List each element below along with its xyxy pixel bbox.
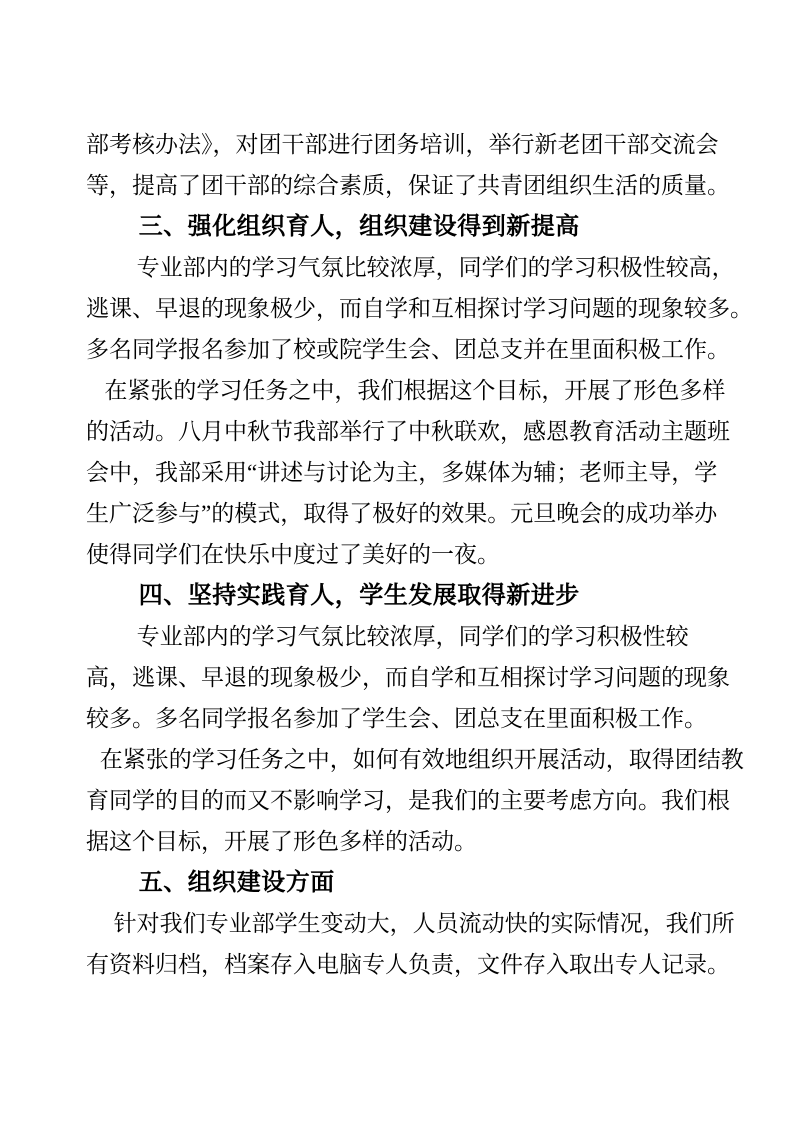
section-heading: 三、强化组织育人，组织建设得到新提高 [86,206,754,247]
body-line: 部考核办法》，对团干部进行团务培训，举行新老团干部交流会 [86,124,754,165]
body-line: 的活动。八月中秋节我部举行了中秋联欢，感恩教育活动主题班 [86,411,754,452]
body-line: 育同学的目的而又不影响学习，是我们的主要考虑方向。我们根 [86,780,754,821]
body-paragraph: 部考核办法》，对团干部进行团务培训，举行新老团干部交流会等，提高了团干部的综合素… [86,124,754,206]
heading-text: 三、强化组织育人，组织建设得到新提高 [86,206,754,247]
body-line: 较多。多名同学报名参加了学生会、团总支在里面积极工作。 [86,698,754,739]
body-line: 高，逃课、早退的现象极少，而自学和互相探讨学习问题的现象 [86,657,754,698]
section-heading: 四、坚持实践育人，学生发展取得新进步 [86,575,754,616]
body-paragraph: 专业部内的学习气氛比较浓厚，同学们的学习积极性较高，逃课、早退的现象极少，而自学… [86,616,754,739]
heading-text: 五、组织建设方面 [86,862,754,903]
body-paragraph: 在紧张的学习任务之中，如何有效地组织开展活动，取得团结教育同学的目的而又不影响学… [86,739,754,862]
body-paragraph: 针对我们专业部学生变动大，人员流动快的实际情况，我们所有资料归档，档案存入电脑专… [86,903,754,985]
section-heading: 五、组织建设方面 [86,862,754,903]
body-line: 专业部内的学习气氛比较浓厚，同学们的学习积极性较 [86,616,754,657]
body-line: 生广泛参与”的模式，取得了极好的效果。元旦晚会的成功举办 [86,493,754,534]
body-line: 在紧张的学习任务之中，如何有效地组织开展活动，取得团结教 [86,739,754,780]
body-line: 在紧张的学习任务之中，我们根据这个目标，开展了形色多样 [86,370,754,411]
body-line: 有资料归档，档案存入电脑专人负责，文件存入取出专人记录。 [86,944,754,985]
body-line: 针对我们专业部学生变动大，人员流动快的实际情况，我们所 [86,903,754,944]
body-line: 逃课、早退的现象极少，而自学和互相探讨学习问题的现象较多。 [86,288,754,329]
document-page: 部考核办法》，对团干部进行团务培训，举行新老团干部交流会等，提高了团干部的综合素… [0,0,793,1122]
body-paragraph: 在紧张的学习任务之中，我们根据这个目标，开展了形色多样的活动。八月中秋节我部举行… [86,370,754,575]
body-line: 使得同学们在快乐中度过了美好的一夜。 [86,534,754,575]
body-line: 据这个目标，开展了形色多样的活动。 [86,821,754,862]
heading-text: 四、坚持实践育人，学生发展取得新进步 [86,575,754,616]
body-line: 等，提高了团干部的综合素质，保证了共青团组织生活的质量。 [86,165,754,206]
body-line: 专业部内的学习气氛比较浓厚，同学们的学习积极性较高， [86,247,754,288]
document-body: 部考核办法》，对团干部进行团务培训，举行新老团干部交流会等，提高了团干部的综合素… [86,124,754,985]
body-line: 会中，我部采用“讲述与讨论为主，多媒体为辅；老师主导，学 [86,452,754,493]
body-paragraph: 专业部内的学习气氛比较浓厚，同学们的学习积极性较高，逃课、早退的现象极少，而自学… [86,247,754,370]
body-line: 多名同学报名参加了校或院学生会、团总支并在里面积极工作。 [86,329,754,370]
